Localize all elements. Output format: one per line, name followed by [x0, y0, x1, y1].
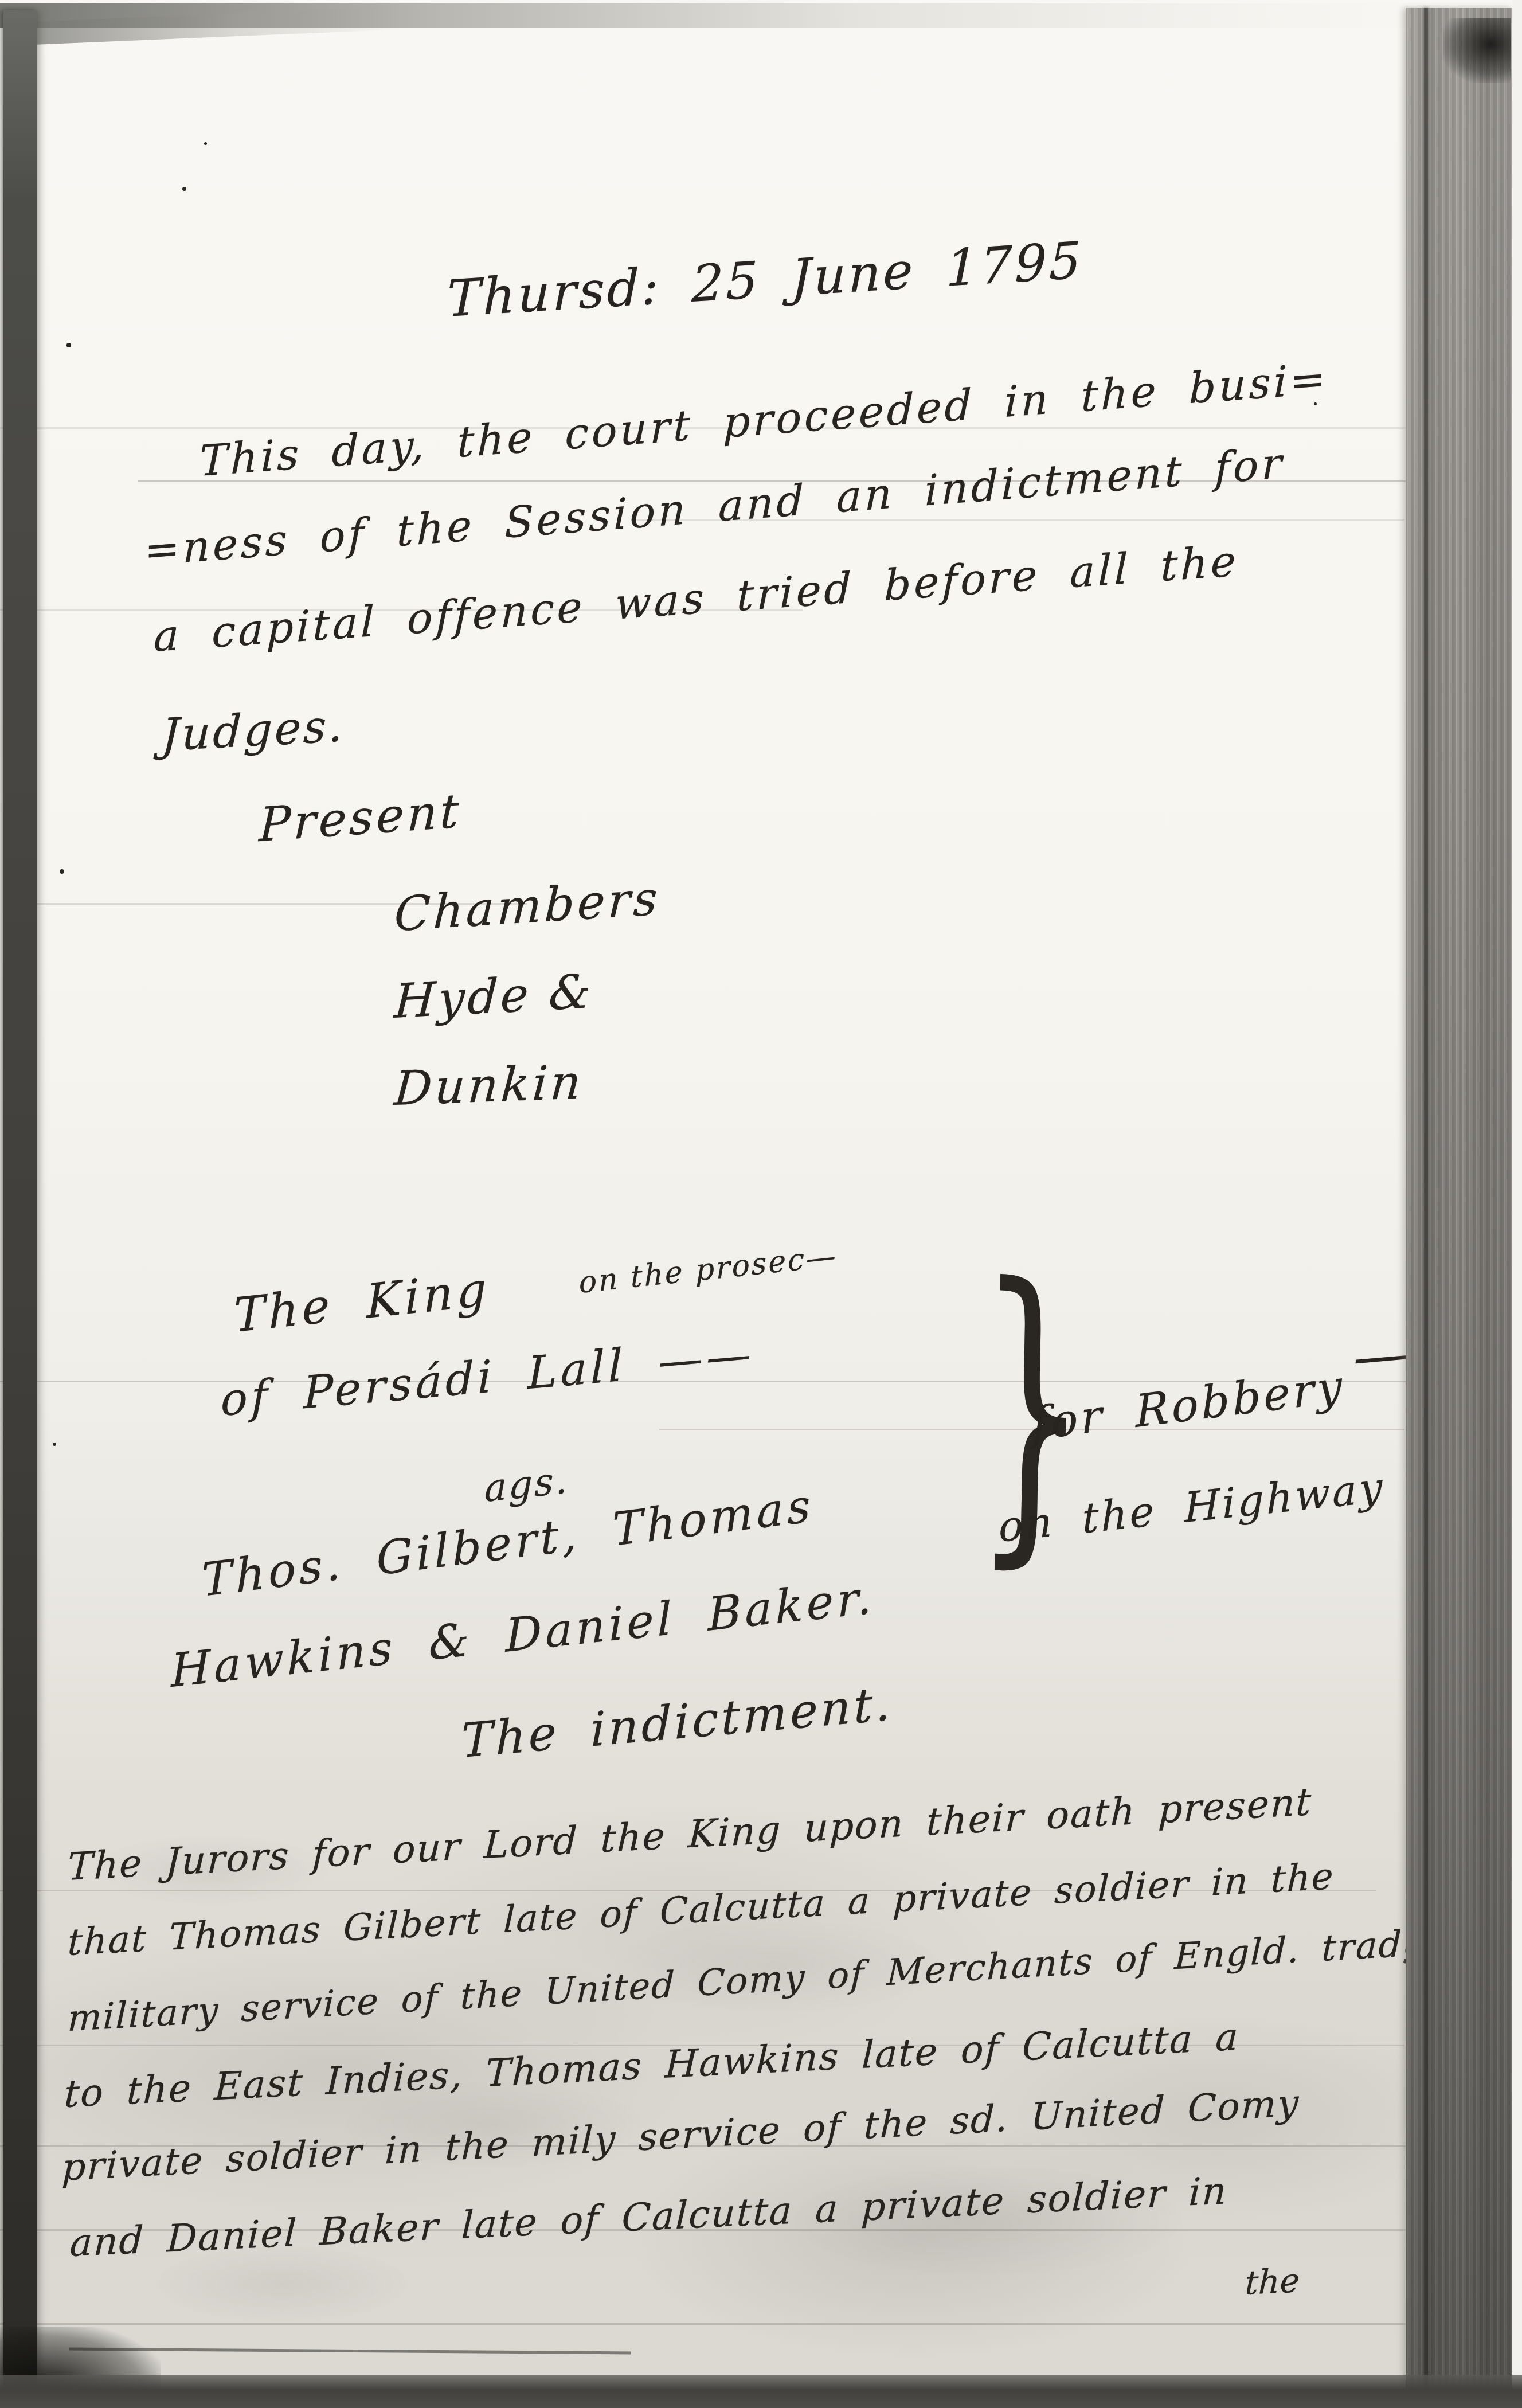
binding-strip — [1406, 8, 1512, 2408]
caption-against: ags. — [484, 1457, 569, 1511]
bottom-edge-band — [0, 2375, 1522, 2408]
charge-dash: — — [1350, 1321, 1410, 1390]
judges-word: Judges. — [161, 700, 346, 761]
left-edge-strip — [3, 10, 37, 2395]
ink-speck — [182, 187, 186, 191]
ink-speck — [60, 869, 64, 874]
binding-dark-blot — [1443, 18, 1511, 83]
judge-hyde: Hyde & — [393, 964, 595, 1030]
ink-speck — [66, 343, 71, 347]
manuscript-scan: Thursd: 25 June 1795 This day, the court… — [0, 0, 1522, 2408]
catchword: the — [1245, 2261, 1300, 2303]
judge-dunkin: Dunkin — [393, 1055, 586, 1116]
ink-speck — [204, 142, 207, 145]
binding-groove — [1424, 8, 1428, 2408]
scan-line — [0, 2323, 1407, 2325]
right-margin — [1512, 0, 1522, 2408]
ink-speck — [53, 1443, 56, 1446]
